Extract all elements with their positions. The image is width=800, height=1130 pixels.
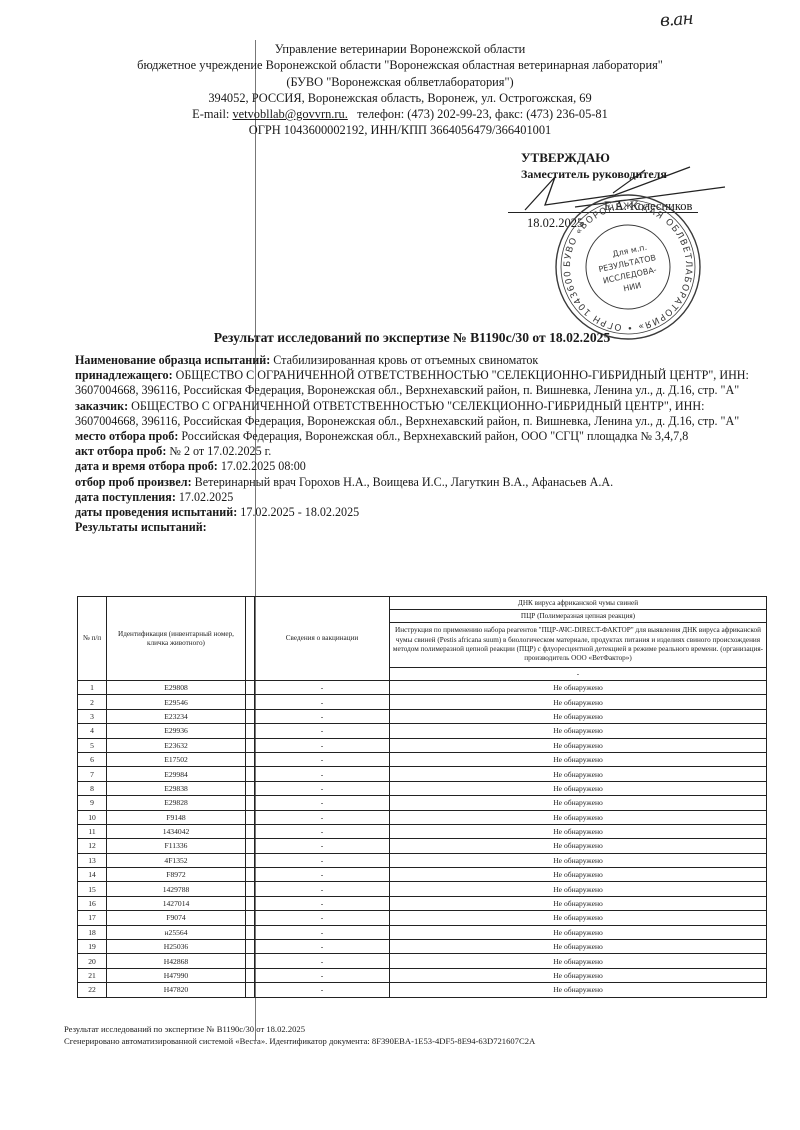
- field-received-date: дата поступления: 17.02.2025: [75, 490, 765, 505]
- cell-vaccination: -: [255, 695, 390, 709]
- footer-reference: Результат исследований по экспертизе № B…: [64, 1024, 535, 1036]
- cell-spacer: [246, 709, 255, 723]
- table-row: 14F8972-Не обнаружено: [78, 868, 767, 882]
- cell-vaccination: -: [255, 724, 390, 738]
- field-label: отбор проб произвел:: [75, 475, 192, 489]
- field-sampling-act: акт отбора проб: № 2 от 17.02.2025 г.: [75, 444, 765, 459]
- field-sampling-place: место отбора проб: Российская Федерация,…: [75, 429, 765, 444]
- cell-vaccination: -: [255, 752, 390, 766]
- cell-num: 1: [78, 681, 107, 695]
- org-contacts: E-mail: vetvobllab@govvrn.ru. телефон: (…: [0, 106, 800, 122]
- table-row: 3E23234-Не обнаружено: [78, 709, 767, 723]
- sample-info: Наименование образца испытаний: Стабилиз…: [75, 353, 765, 535]
- cell-result: Не обнаружено: [390, 767, 767, 781]
- header-num: № п/п: [78, 597, 107, 681]
- table-row: 12F11336-Не обнаружено: [78, 839, 767, 853]
- field-sampling-datetime: дата и время отбора проб: 17.02.2025 08:…: [75, 459, 765, 474]
- cell-spacer: [246, 839, 255, 853]
- cell-vaccination: -: [255, 767, 390, 781]
- field-sample-name: Наименование образца испытаний: Стабилиз…: [75, 353, 765, 368]
- cell-vaccination: -: [255, 839, 390, 853]
- org-registration: ОГРН 1043600002192, ИНН/КПП 3664056479/3…: [0, 122, 800, 138]
- cell-result: Не обнаружено: [390, 911, 767, 925]
- cell-vaccination: -: [255, 824, 390, 838]
- org-address: 394052, РОССИЯ, Воронежская область, Вор…: [0, 90, 800, 106]
- cell-id: E29936: [107, 724, 246, 738]
- cell-vaccination: -: [255, 681, 390, 695]
- field-label: даты проведения испытаний:: [75, 505, 237, 519]
- field-value: 17.02.2025 08:00: [218, 459, 306, 473]
- cell-num: 12: [78, 839, 107, 853]
- cell-result: Не обнаружено: [390, 925, 767, 939]
- cell-spacer: [246, 925, 255, 939]
- footer-generated-id: Сгенерировано автоматизированной системо…: [64, 1036, 535, 1048]
- field-sampled-by: отбор проб произвел: Ветеринарный врач Г…: [75, 475, 765, 490]
- document-footer: Результат исследований по экспертизе № B…: [64, 1024, 535, 1047]
- cell-num: 20: [78, 954, 107, 968]
- cell-id: 4F1352: [107, 853, 246, 867]
- table-row: 17F9074-Не обнаружено: [78, 911, 767, 925]
- handwritten-mark: в.ан: [659, 9, 693, 31]
- cell-id: E29546: [107, 695, 246, 709]
- cell-vaccination: -: [255, 709, 390, 723]
- table-row: 2E29546-Не обнаружено: [78, 695, 767, 709]
- field-customer: заказчик: ОБЩЕСТВО С ОГРАНИЧЕННОЙ ОТВЕТС…: [75, 399, 765, 429]
- cell-result: Не обнаружено: [390, 709, 767, 723]
- field-label: Наименование образца испытаний:: [75, 353, 270, 367]
- table-row: 134F1352-Не обнаружено: [78, 853, 767, 867]
- cell-id: E29984: [107, 767, 246, 781]
- field-value: ОБЩЕСТВО С ОГРАНИЧЕННОЙ ОТВЕТСТВЕННОСТЬЮ…: [75, 399, 739, 428]
- cell-result: Не обнаружено: [390, 853, 767, 867]
- table-row: 19H25036-Не обнаружено: [78, 940, 767, 954]
- cell-id: E23632: [107, 738, 246, 752]
- table-row: 1E29808-Не обнаружено: [78, 681, 767, 695]
- cell-result: Не обнаружено: [390, 824, 767, 838]
- cell-spacer: [246, 896, 255, 910]
- table-row: 21H47990-Не обнаружено: [78, 968, 767, 982]
- cell-spacer: [246, 882, 255, 896]
- field-label: дата и время отбора проб:: [75, 459, 218, 473]
- approval-title: УТВЕРЖДАЮ: [521, 149, 667, 166]
- cell-spacer: [246, 781, 255, 795]
- cell-spacer: [246, 954, 255, 968]
- cell-num: 9: [78, 796, 107, 810]
- cell-num: 21: [78, 968, 107, 982]
- cell-spacer: [246, 983, 255, 997]
- organization-header: Управление ветеринарии Воронежской облас…: [0, 41, 800, 139]
- cell-id: H25036: [107, 940, 246, 954]
- cell-num: 2: [78, 695, 107, 709]
- cell-result: Не обнаружено: [390, 968, 767, 982]
- cell-num: 14: [78, 868, 107, 882]
- cell-id: F9074: [107, 911, 246, 925]
- header-instruction: Инструкция по применению набора реагенто…: [390, 623, 767, 668]
- cell-vaccination: -: [255, 738, 390, 752]
- field-results-heading: Результаты испытаний:: [75, 520, 765, 535]
- cell-num: 18: [78, 925, 107, 939]
- cell-num: 13: [78, 853, 107, 867]
- phone-fax: телефон: (473) 202-99-23, факс: (473) 23…: [357, 107, 608, 121]
- cell-result: Не обнаружено: [390, 695, 767, 709]
- header-identification: Идентификация (инвентарный номер, кличка…: [107, 597, 246, 681]
- org-line-2: бюджетное учреждение Воронежской области…: [0, 57, 800, 73]
- table-row: 22H47820-Не обнаружено: [78, 983, 767, 997]
- cell-id: 1434042: [107, 824, 246, 838]
- field-value: № 2 от 17.02.2025 г.: [166, 444, 271, 458]
- cell-result: Не обнаружено: [390, 796, 767, 810]
- cell-result: Не обнаружено: [390, 954, 767, 968]
- table-row: 9E29828-Не обнаружено: [78, 796, 767, 810]
- document-title: Результат исследований по экспертизе № B…: [0, 330, 800, 346]
- field-label: принадлежащего:: [75, 368, 173, 382]
- cell-result: Не обнаружено: [390, 882, 767, 896]
- cell-id: 1427014: [107, 896, 246, 910]
- email-link[interactable]: vetvobllab@govvrn.ru.: [232, 107, 347, 121]
- cell-id: F8972: [107, 868, 246, 882]
- cell-spacer: [246, 968, 255, 982]
- cell-num: 7: [78, 767, 107, 781]
- cell-num: 11: [78, 824, 107, 838]
- cell-spacer: [246, 796, 255, 810]
- cell-spacer: [246, 738, 255, 752]
- field-value: 17.02.2025: [176, 490, 233, 504]
- cell-id: H47820: [107, 983, 246, 997]
- cell-spacer: [246, 724, 255, 738]
- cell-spacer: [246, 752, 255, 766]
- cell-id: H42868: [107, 954, 246, 968]
- header-spacer: [246, 597, 255, 681]
- header-method: ПЦР (Полимеразная цепная реакция): [390, 610, 767, 623]
- table-header-row: № п/п Идентификация (инвентарный номер, …: [78, 597, 767, 610]
- field-value: Ветеринарный врач Горохов Н.А., Воищева …: [192, 475, 614, 489]
- cell-vaccination: -: [255, 940, 390, 954]
- table-row: 4E29936-Не обнаружено: [78, 724, 767, 738]
- cell-num: 10: [78, 810, 107, 824]
- email-label: E-mail:: [192, 107, 229, 121]
- official-stamp-icon: БУВО «ВОРОНЕЖСКАЯ ОБЛВЕТЛАБОРАТОРИЯ» • О…: [553, 192, 703, 342]
- cell-result: Не обнаружено: [390, 781, 767, 795]
- cell-spacer: [246, 824, 255, 838]
- cell-id: F9148: [107, 810, 246, 824]
- cell-id: н25564: [107, 925, 246, 939]
- cell-vaccination: -: [255, 983, 390, 997]
- cell-vaccination: -: [255, 781, 390, 795]
- cell-spacer: [246, 767, 255, 781]
- cell-num: 6: [78, 752, 107, 766]
- org-line-3: (БУВО "Воронежская облветлаборатория"): [0, 74, 800, 90]
- cell-spacer: [246, 868, 255, 882]
- cell-vaccination: -: [255, 853, 390, 867]
- cell-id: H47990: [107, 968, 246, 982]
- cell-result: Не обнаружено: [390, 868, 767, 882]
- field-value: Стабилизированная кровь от отъемных свин…: [270, 353, 538, 367]
- table-row: 111434042-Не обнаружено: [78, 824, 767, 838]
- cell-vaccination: -: [255, 968, 390, 982]
- field-value: Российская Федерация, Воронежская обл., …: [178, 429, 688, 443]
- org-line-1: Управление ветеринарии Воронежской облас…: [0, 41, 800, 57]
- field-owner: принадлежащего: ОБЩЕСТВО С ОГРАНИЧЕННОЙ …: [75, 368, 765, 398]
- cell-vaccination: -: [255, 882, 390, 896]
- cell-num: 16: [78, 896, 107, 910]
- cell-num: 4: [78, 724, 107, 738]
- cell-num: 15: [78, 882, 107, 896]
- cell-vaccination: -: [255, 896, 390, 910]
- field-value: ОБЩЕСТВО С ОГРАНИЧЕННОЙ ОТВЕТСТВЕННОСТЬЮ…: [75, 368, 749, 397]
- results-table: № п/п Идентификация (инвентарный номер, …: [77, 596, 767, 998]
- cell-id: F11336: [107, 839, 246, 853]
- cell-spacer: [246, 940, 255, 954]
- cell-spacer: [246, 695, 255, 709]
- field-label: акт отбора проб:: [75, 444, 166, 458]
- cell-vaccination: -: [255, 796, 390, 810]
- table-row: 151429788-Не обнаружено: [78, 882, 767, 896]
- table-row: 5E23632-Не обнаружено: [78, 738, 767, 752]
- cell-result: Не обнаружено: [390, 752, 767, 766]
- cell-vaccination: -: [255, 954, 390, 968]
- cell-vaccination: -: [255, 911, 390, 925]
- cell-result: Не обнаружено: [390, 724, 767, 738]
- cell-spacer: [246, 853, 255, 867]
- stamp-inner-4: НИИ: [623, 281, 642, 294]
- cell-num: 3: [78, 709, 107, 723]
- cell-num: 22: [78, 983, 107, 997]
- table-row: 7E29984-Не обнаружено: [78, 767, 767, 781]
- cell-spacer: [246, 911, 255, 925]
- field-value: 17.02.2025 - 18.02.2025: [237, 505, 359, 519]
- field-test-dates: даты проведения испытаний: 17.02.2025 - …: [75, 505, 765, 520]
- cell-id: E29808: [107, 681, 246, 695]
- header-norm: -: [390, 668, 767, 681]
- cell-spacer: [246, 810, 255, 824]
- cell-result: Не обнаружено: [390, 839, 767, 853]
- cell-id: E29828: [107, 796, 246, 810]
- cell-result: Не обнаружено: [390, 983, 767, 997]
- table-row: 8E29838-Не обнаружено: [78, 781, 767, 795]
- field-label: заказчик:: [75, 399, 128, 413]
- cell-vaccination: -: [255, 925, 390, 939]
- table-row: 10F9148-Не обнаружено: [78, 810, 767, 824]
- cell-num: 8: [78, 781, 107, 795]
- field-label: Результаты испытаний:: [75, 520, 207, 534]
- cell-spacer: [246, 681, 255, 695]
- cell-id: E17502: [107, 752, 246, 766]
- cell-id: E29838: [107, 781, 246, 795]
- field-label: дата поступления:: [75, 490, 176, 504]
- header-target: ДНК вируса африканской чумы свиней: [390, 597, 767, 610]
- cell-result: Не обнаружено: [390, 681, 767, 695]
- field-label: место отбора проб:: [75, 429, 178, 443]
- table-row: 161427014-Не обнаружено: [78, 896, 767, 910]
- cell-num: 17: [78, 911, 107, 925]
- table-row: 6E17502-Не обнаружено: [78, 752, 767, 766]
- cell-result: Не обнаружено: [390, 738, 767, 752]
- table-row: 18н25564-Не обнаружено: [78, 925, 767, 939]
- cell-result: Не обнаружено: [390, 896, 767, 910]
- table-row: 20H42868-Не обнаружено: [78, 954, 767, 968]
- cell-num: 19: [78, 940, 107, 954]
- cell-id: 1429788: [107, 882, 246, 896]
- cell-vaccination: -: [255, 868, 390, 882]
- cell-vaccination: -: [255, 810, 390, 824]
- cell-id: E23234: [107, 709, 246, 723]
- cell-result: Не обнаружено: [390, 940, 767, 954]
- cell-num: 5: [78, 738, 107, 752]
- header-vaccination: Сведения о вакцинации: [255, 597, 390, 681]
- cell-result: Не обнаружено: [390, 810, 767, 824]
